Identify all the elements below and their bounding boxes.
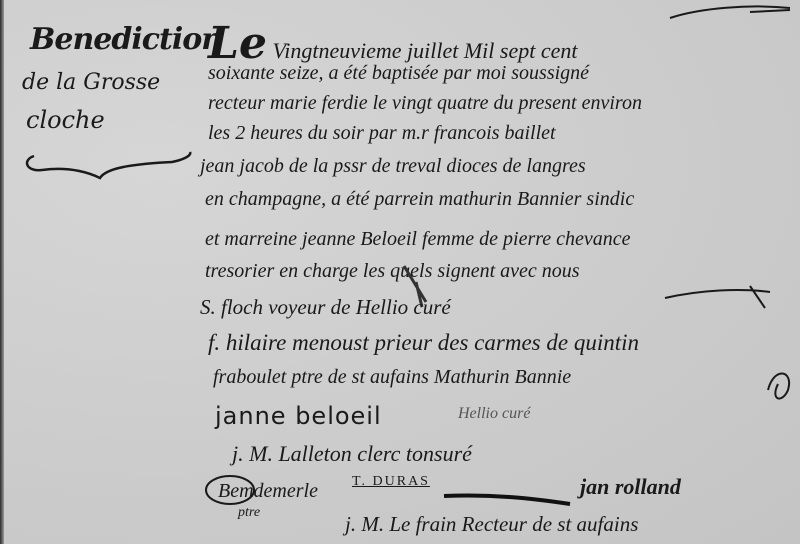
signature-beloeil: janne beloeil [215, 402, 382, 430]
signature-fraboulet-bannie: fraboulet ptre de st aufains Mathurin Ba… [213, 366, 571, 389]
body-line-5: jean jacob de la pssr de treval dioces d… [200, 155, 586, 178]
signature-rolland: jan rolland [580, 474, 681, 500]
signature-underline-icon [440, 490, 580, 510]
signature-floch: S. floch voyeur de Hellio curé [200, 295, 451, 320]
margin-flourish-icon [22, 150, 202, 190]
body-line-2: soixante seize, a été baptisée par moi s… [208, 62, 589, 85]
signature-hellio: Hellio curé [458, 405, 530, 423]
signature-le-frain: j. M. Le frain Recteur de st aufains [345, 512, 638, 537]
body-line-1-text: Vingtneuvieme juillet Mil sept cent [272, 38, 577, 63]
margin-title-line-3: cloche [26, 106, 105, 134]
document-page: Benediction de la Grosse cloche Le Vingt… [0, 0, 800, 544]
signature-lalleton: j. M. Lalleton clerc tonsuré [232, 441, 472, 467]
paraph-icon [760, 360, 800, 410]
signature-menoust: f. hilaire menoust prieur des carmes de … [208, 330, 639, 356]
pen-flourish-icon [660, 278, 780, 318]
page-edge-shadow [0, 0, 4, 544]
pen-flourish-icon [660, 0, 800, 30]
signature-duras: T. DURAS [352, 474, 430, 490]
body-line-6: en champagne, a été parrein mathurin Ban… [205, 188, 634, 211]
signature-bemdemerle: Bemdemerle [218, 480, 318, 503]
margin-title-line-2: de la Grosse [22, 70, 160, 95]
body-line-8: tresorier en charge les quels signent av… [205, 260, 580, 283]
margin-title-line-1: Benediction [30, 22, 222, 57]
signature-ptre: ptre [238, 505, 260, 521]
body-line-3: recteur marie ferdie le vingt quatre du … [208, 92, 642, 115]
body-line-4: les 2 heures du soir par m.r francois ba… [208, 122, 556, 145]
body-line-7: et marreine jeanne Beloeil femme de pier… [205, 228, 631, 251]
